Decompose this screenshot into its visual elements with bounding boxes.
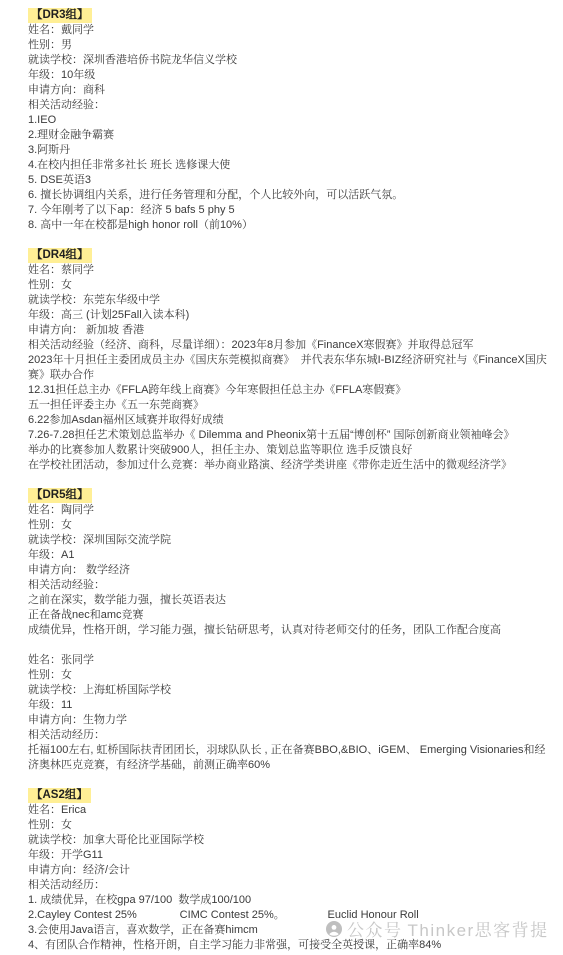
info-line: 相关活动经验： [28,578,551,593]
info-line: 姓名：Erica [28,803,551,818]
info-line: 申请方向：商科 [28,83,551,98]
info-line: 姓名：陶同学 [28,503,551,518]
info-line: 五一担任评委主办《五一东莞商赛》 [28,398,551,413]
info-line: 2023年十月担任主委团成员主办《国庆东莞模拟商赛》 并代表东华东城I-BIZ经… [28,353,551,383]
info-line: 申请方向：经济/会计 [28,863,551,878]
info-line: 申请方向：生物力学 [28,713,551,728]
student-group: 【AS2组】 姓名：Erica 性别：女 就读学校：加拿大哥伦比亚国际学校 年级… [28,788,551,953]
info-line: 就读学校：加拿大哥伦比亚国际学校 [28,833,551,848]
info-line: 5. DSE英语3 [28,173,551,188]
info-line: 性别：女 [28,278,551,293]
info-line: 就读学校：东莞东华级中学 [28,293,551,308]
info-line: 相关活动经验： [28,98,551,113]
student-record: 姓名：Erica 性别：女 就读学校：加拿大哥伦比亚国际学校 年级：开学G11 … [28,803,551,953]
info-line: 相关活动经验（经济、商科，尽量详细）：2023年8月参加《FinanceX寒假赛… [28,338,551,353]
student-group: 【DR5组】 姓名：陶同学 性别：女 就读学校：深圳国际交流学院 年级：A1 申… [28,488,551,773]
info-line: 正在备战nec和amc竞赛 [28,608,551,623]
info-line: 3.阿斯丹 [28,143,551,158]
info-line: 4.在校内担任非常多社长 班长 选修课大使 [28,158,551,173]
info-line: 7.26-7.28担任艺术策划总监举办《 Dilemma and Pheonix… [28,428,551,443]
info-line: 1.IEO [28,113,551,128]
info-line: 托福100左右, 虹桥国际扶青团团长，羽球队队长 , 正在备赛BBO,&BIO、… [28,743,551,773]
info-line: 年级：开学G11 [28,848,551,863]
info-line: 年级：高三 (计划25Fall入读本科) [28,308,551,323]
info-line: 6. 擅长协调组内关系，进行任务管理和分配，个人比较外向，可以活跃气氛。 [28,188,551,203]
info-line: 姓名：张同学 [28,653,551,668]
info-line: 2.Cayley Contest 25% CIMC Contest 25%。 E… [28,908,551,923]
student-record: 姓名：戴同学 性别：男 就读学校：深圳香港培侨书院龙华信义学校 年级：10年级 … [28,23,551,233]
group-header-line: 【DR3组】 [28,8,551,23]
student-record: 姓名：蔡同学 性别：女 就读学校：东莞东华级中学 年级：高三 (计划25Fall… [28,263,551,473]
info-line: 就读学校：深圳国际交流学院 [28,533,551,548]
info-line: 举办的比赛参加人数累计突破900人，担任主办、策划总监等职位 选手反馈良好 [28,443,551,458]
info-line: 7. 今年刚考了以下ap：经济 5 bafs 5 phy 5 [28,203,551,218]
info-line: 4、有团队合作精神，性格开朗，自主学习能力非常强，可接受全英授课，正确率84% [28,938,551,953]
info-line: 在学校社团活动，参加过什么竞赛：举办商业路演、经济学类讲座《带你走近生活中的微观… [28,458,551,473]
info-line: 年级：10年级 [28,68,551,83]
info-line: 性别：男 [28,38,551,53]
info-line: 1. 成绩优异，在校gpa 97/100 数学成100/100 [28,893,551,908]
info-line: 相关活动经历： [28,728,551,743]
info-line: 姓名：蔡同学 [28,263,551,278]
info-line: 6.22参加Asdan福州区域赛并取得好成绩 [28,413,551,428]
info-line: 成绩优异，性格开朗，学习能力强，擅长钻研思考，认真对待老师交付的任务，团队工作配… [28,623,551,638]
info-line: 性别：女 [28,818,551,833]
student-record: 姓名：张同学 性别：女 就读学校：上海虹桥国际学校 年级：11 申请方向：生物力… [28,653,551,773]
group-header: 【DR3组】 [28,8,92,23]
info-line: 3.会使用Java语言，喜欢数学，正在备赛himcm [28,923,551,938]
info-line: 就读学校：深圳香港培侨书院龙华信义学校 [28,53,551,68]
info-line: 12.31担任总主办《FFLA跨年线上商赛》今年寒假担任总主办《FFLA寒假赛》 [28,383,551,398]
group-header-line: 【DR4组】 [28,248,551,263]
group-header-line: 【AS2组】 [28,788,551,803]
info-line: 8. 高中一年在校都是high honor roll（前10%） [28,218,551,233]
info-line: 就读学校：上海虹桥国际学校 [28,683,551,698]
group-header: 【AS2组】 [28,788,91,803]
info-line: 性别：女 [28,518,551,533]
info-line: 相关活动经历： [28,878,551,893]
info-line: 申请方向： 新加坡 香港 [28,323,551,338]
document-body: 【DR3组】 姓名：戴同学 性别：男 就读学校：深圳香港培侨书院龙华信义学校 年… [0,0,563,953]
group-header: 【DR4组】 [28,248,92,263]
student-record: 姓名：陶同学 性别：女 就读学校：深圳国际交流学院 年级：A1 申请方向： 数学… [28,503,551,638]
info-line: 年级：11 [28,698,551,713]
info-line: 姓名：戴同学 [28,23,551,38]
info-line: 性别：女 [28,668,551,683]
info-line: 年级：A1 [28,548,551,563]
info-line: 2.理财金融争霸赛 [28,128,551,143]
group-header: 【DR5组】 [28,488,92,503]
group-header-line: 【DR5组】 [28,488,551,503]
student-group: 【DR3组】 姓名：戴同学 性别：男 就读学校：深圳香港培侨书院龙华信义学校 年… [28,8,551,233]
info-line: 申请方向： 数学经济 [28,563,551,578]
info-line: 之前在深实，数学能力强，擅长英语表达 [28,593,551,608]
student-group: 【DR4组】 姓名：蔡同学 性别：女 就读学校：东莞东华级中学 年级：高三 (计… [28,248,551,473]
